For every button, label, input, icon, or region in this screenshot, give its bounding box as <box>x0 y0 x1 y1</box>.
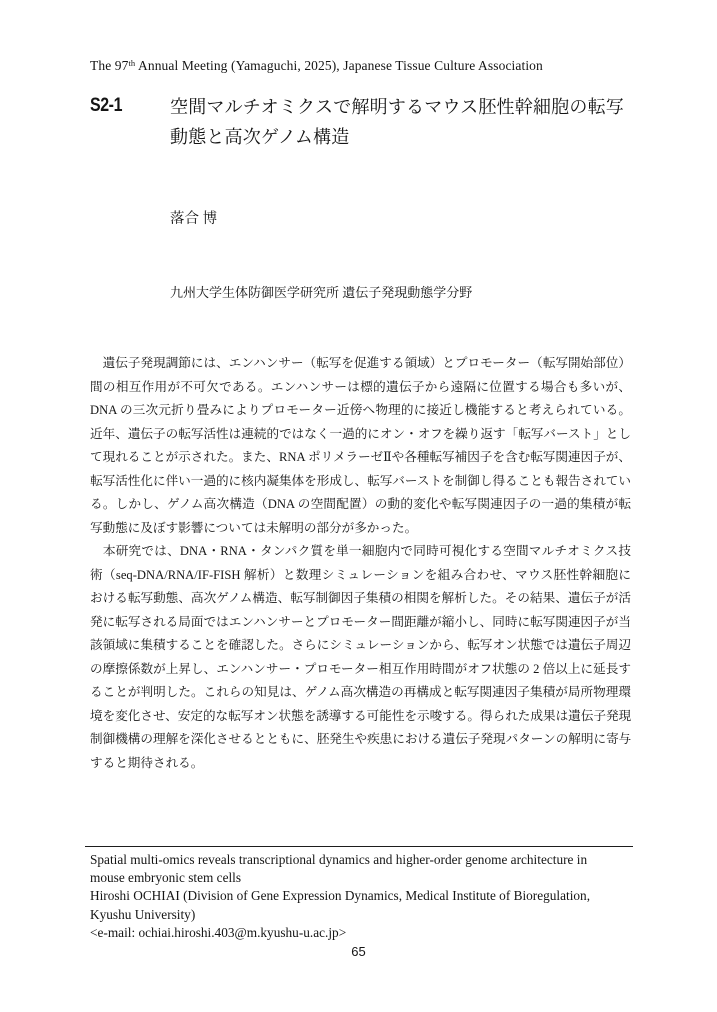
footer-english: Spatial multi-omics reveals transcriptio… <box>90 851 638 942</box>
title-line: 動態と高次ゲノム構造 <box>170 122 640 152</box>
author-japanese: 落合 博 <box>170 210 217 228</box>
abstract-line: 転写活性化に伴い一過的に核内凝集体を形成し、転写バーストを制御し得ることも報告さ… <box>90 470 631 494</box>
abstract-line: DNA の三次元折り畳みによりプロモーター近傍へ物理的に接近し機能すると考えられ… <box>90 399 631 423</box>
abstract-line: すると期待される。 <box>90 752 631 776</box>
running-head-suffix: Annual Meeting (Yamaguchi, 2025), Japane… <box>135 58 543 73</box>
footer-line: Kyushu University) <box>90 906 638 924</box>
abstract-line: 遺伝子発現調節には、エンハンサー（転写を促進する領域）とプロモーター（転写開始部… <box>90 352 631 376</box>
abstract-line: 近年、遺伝子の転写活性は連続的ではなく一過的にオン・オフを繰り返す「転写バースト… <box>90 423 631 447</box>
session-id: S2-1 <box>90 96 122 115</box>
abstract-line: ることが判明した。これらの知見は、ゲノム高次構造の再構成と転写関連因子集積が局所… <box>90 681 631 705</box>
abstract-line: 本研究では、DNA・RNA・タンパク質を単一細胞内で同時可視化する空間マルチオミ… <box>90 540 631 564</box>
affiliation-japanese: 九州大学生体防御医学研究所 遺伝子発現動態学分野 <box>170 285 472 301</box>
abstract-line: 写動態に及ぼす影響については未解明の部分が多かった。 <box>90 517 631 541</box>
footer-line: Hiroshi OCHIAI (Division of Gene Express… <box>90 887 638 905</box>
footer-line: Spatial multi-omics reveals transcriptio… <box>90 851 638 869</box>
abstract-line: 間の相互作用が不可欠である。エンハンサーは標的遺伝子から遠隔に位置する場合も多い… <box>90 376 631 400</box>
running-head-prefix: The 97 <box>90 58 128 73</box>
abstract-line: 境を変化させ、安定的な転写オン状態を誘導する可能性を示唆する。得られた成果は遺伝… <box>90 705 631 729</box>
footer-line: mouse embryonic stem cells <box>90 869 638 887</box>
abstract-line: 該領域に集積することを確認した。さらにシミュレーションから、転写オン状態では遺伝… <box>90 634 631 658</box>
abstract-japanese: 遺伝子発現調節には、エンハンサー（転写を促進する領域）とプロモーター（転写開始部… <box>90 352 631 775</box>
footer-divider-rule <box>85 846 633 847</box>
footer-line: <e-mail: ochiai.hiroshi.403@m.kyushu-u.a… <box>90 924 638 942</box>
page-number: 65 <box>0 944 717 960</box>
abstract-line: 術（seq-DNA/RNA/IF-FISH 解析）と数理シミュレーションを組み合… <box>90 564 631 588</box>
running-head: The 97th Annual Meeting (Yamaguchi, 2025… <box>90 55 543 74</box>
abstract-line: 制御機構の理解を深化させるとともに、胚発生や疾患における遺伝子発現パターンの解明… <box>90 728 631 752</box>
abstract-line: て現れることが示された。また、RNA ポリメラーゼⅡや各種転写補因子を含む転写関… <box>90 446 631 470</box>
abstract-line: る。しかし、ゲノム高次構造（DNA の空間配置）の動的変化や転写関連因子の一過的… <box>90 493 631 517</box>
abstract-page: The 97th Annual Meeting (Yamaguchi, 2025… <box>0 0 717 1012</box>
title-line: 空間マルチオミクスで解明するマウス胚性幹細胞の転写 <box>170 92 640 122</box>
abstract-line: の摩擦係数が上昇し、エンハンサー・プロモーター相互作用時間がオフ状態の 2 倍以… <box>90 658 631 682</box>
abstract-line: おける転写動態、高次ゲノム構造、転写制御因子集積の相関を解析した。その結果、遺伝… <box>90 587 631 611</box>
abstract-line: 発に転写される局面ではエンハンサーとプロモーター間距離が縮小し、同時に転写関連因… <box>90 611 631 635</box>
title-japanese: 空間マルチオミクスで解明するマウス胚性幹細胞の転写動態と高次ゲノム構造 <box>170 92 640 152</box>
